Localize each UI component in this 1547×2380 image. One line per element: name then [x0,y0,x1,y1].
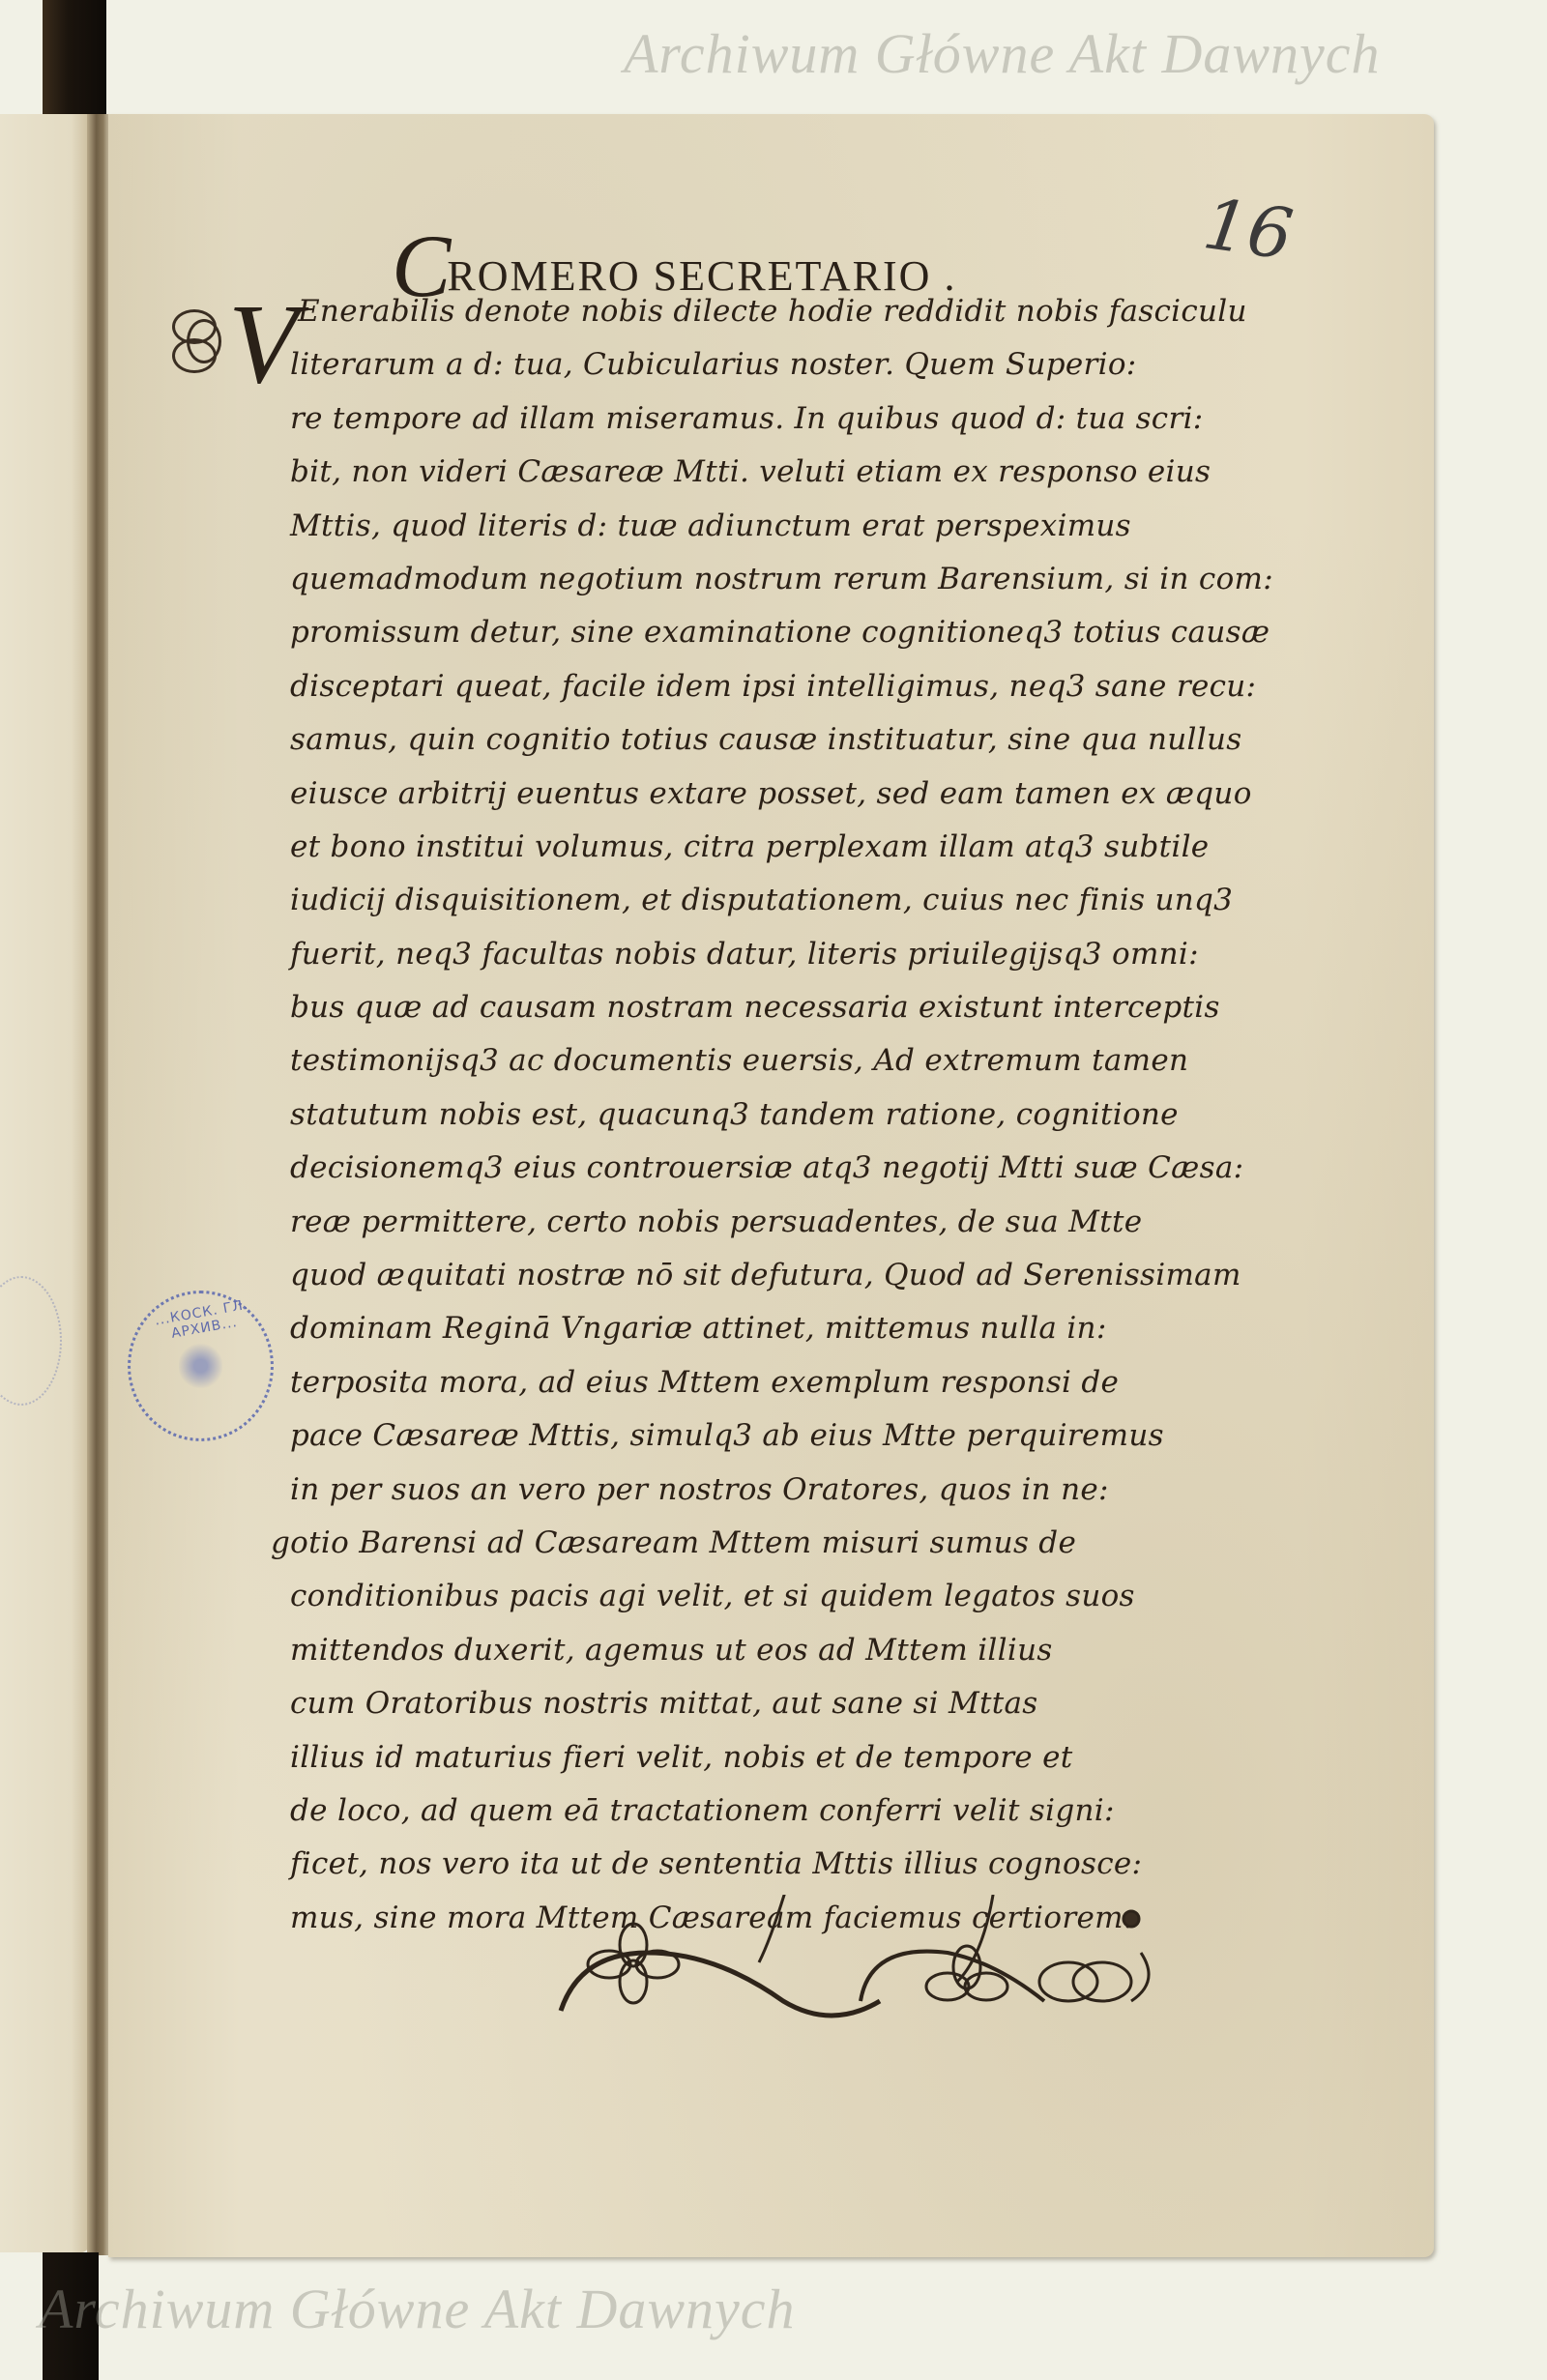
folio-number: 16 [1199,183,1298,276]
text-line: gotio Barensi ad Cæsaream Mttem misuri s… [271,1517,1296,1570]
text-line: in per suos an vero per nostros Oratores… [290,1464,1296,1517]
calligraphic-flourish-icon [541,1895,1218,2030]
text-line: disceptari queat, facile idem ipsi intel… [290,660,1296,713]
text-line: fuerit, neq3 facultas nobis datur, liter… [290,928,1296,981]
text-line: iudicij disquisitionem, et disputationem… [290,874,1296,927]
text-line: promissum detur, sine examinatione cogni… [290,606,1296,659]
text-line: quemadmodum negotium nostrum rerum Baren… [290,553,1296,606]
text-line: illius id maturius fieri velit, nobis et… [290,1731,1296,1785]
text-line: reæ permittere, certo nobis persuadentes… [290,1196,1296,1249]
book-gutter [87,114,110,2255]
stamp-text: ...КОСК. ГЛ. АРХИВ... [148,1296,258,1346]
text-line: literarum a d: tua, Cubicularius noster.… [290,338,1296,392]
archive-watermark-bottom: Archiwum Główne Akt Dawnych [39,2277,796,2341]
letter-body: Enerabilis denote nobis dilecte hodie re… [290,285,1296,1945]
knotwork-ornament-icon [187,319,221,363]
text-line: quod æquitati nostræ nō sit defutura, Qu… [290,1249,1296,1302]
text-line: bit, non videri Cæsareæ Mtti. veluti eti… [290,446,1296,499]
text-line: Mttis, quod literis d: tuæ adiunctum era… [290,500,1296,553]
text-line: Enerabilis denote nobis dilecte hodie re… [290,285,1296,338]
text-line: dominam Reginā Vngariæ attinet, mittemus… [290,1302,1296,1355]
text-line: re tempore ad illam miseramus. In quibus… [290,392,1296,446]
text-line: samus, quin cognitio totius causæ instit… [290,713,1296,767]
text-line: terposita mora, ad eius Mttem exemplum r… [290,1356,1296,1409]
archive-stamp: ...КОСК. ГЛ. АРХИВ... [128,1291,274,1441]
book-binding-top [43,0,106,118]
text-line: statutum nobis est, quacunq3 tandem rati… [290,1088,1296,1142]
text-line: testimonijsq3 ac documentis euersis, Ad … [290,1034,1296,1088]
text-line: bus quæ ad causam nostram necessaria exi… [290,981,1296,1034]
eagle-emblem-icon [179,1342,222,1390]
left-page-edge [0,114,89,2252]
text-line: pace Cæsareæ Mttis, simulq3 ab eius Mtte… [290,1409,1296,1463]
drop-initial-letter: V [228,278,298,410]
text-line: eiusce arbitrij euentus extare posset, s… [290,768,1296,821]
text-line: mittendos duxerit, agemus ut eos ad Mtte… [290,1624,1296,1677]
text-line: et bono institui volumus, citra perplexa… [290,821,1296,874]
text-line: ficet, nos vero ita ut de sententia Mtti… [290,1838,1296,1891]
text-line: decisionemq3 eius controuersiæ atq3 nego… [290,1142,1296,1195]
text-line: conditionibus pacis agi velit, et si qui… [290,1570,1296,1623]
decorated-drop-initial: V [162,290,283,406]
text-line: cum Oratoribus nostris mittat, aut sane … [290,1677,1296,1730]
archive-watermark-top: Archiwum Główne Akt Dawnych [624,21,1381,86]
text-line: de loco, ad quem eā tractationem conferr… [290,1785,1296,1838]
